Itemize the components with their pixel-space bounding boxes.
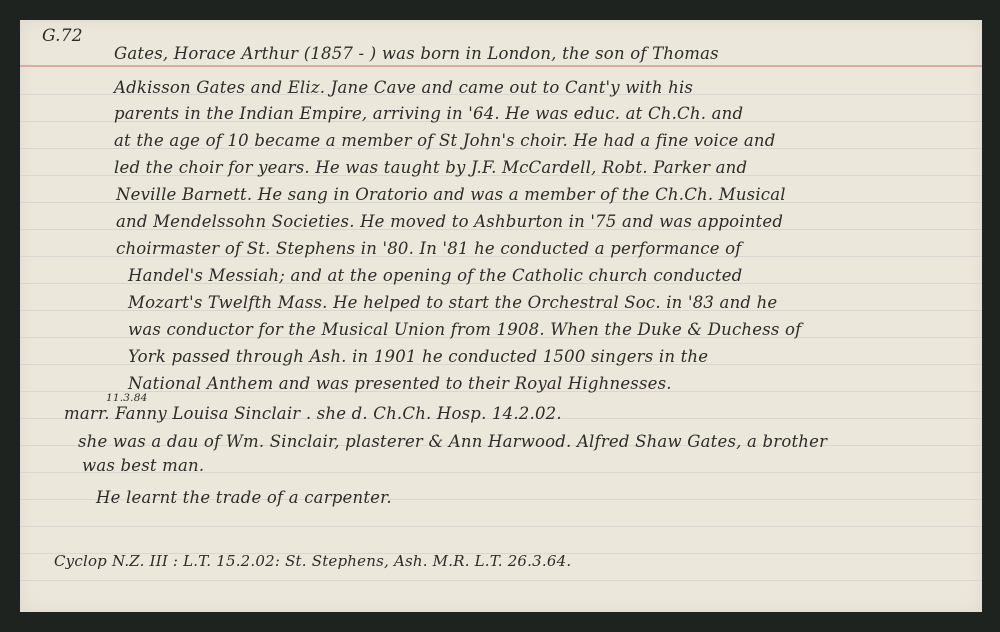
ruled-line: [20, 580, 982, 581]
best-man-line: was best man.: [82, 456, 204, 475]
entry-line-7: and Mendelssohn Societies. He moved to A…: [116, 212, 783, 231]
entry-line-10: Mozart's Twelfth Mass. He helped to star…: [128, 293, 777, 312]
entry-line-1: Gates, Horace Arthur (1857 - ) was born …: [114, 44, 719, 63]
entry-line-6: Neville Barnett. He sang in Oratorio and…: [116, 185, 786, 204]
entry-line-12: York passed through Ash. in 1901 he cond…: [128, 347, 708, 366]
card-reference: G.72: [42, 26, 83, 46]
wife-parents-line: she was a dau of Wm. Sinclair, plasterer…: [78, 432, 827, 451]
entry-line-3: parents in the Indian Empire, arriving i…: [114, 104, 743, 123]
trade-line: He learnt the trade of a carpenter.: [96, 488, 392, 507]
entry-line-11: was conductor for the Musical Union from…: [128, 320, 801, 339]
marriage-date: 11.3.84: [106, 392, 147, 404]
entry-line-8: choirmaster of St. Stephens in '80. In '…: [116, 239, 742, 258]
entry-line-4: at the age of 10 became a member of St J…: [114, 131, 776, 150]
entry-line-5: led the choir for years. He was taught b…: [114, 158, 747, 177]
entry-line-2: Adkisson Gates and Eliz. Jane Cave and c…: [114, 78, 693, 97]
ruled-line: [20, 526, 982, 527]
red-margin-rule: [20, 65, 982, 67]
sources-line: Cyclop N.Z. III : L.T. 15.2.02: St. Step…: [54, 552, 571, 570]
entry-line-9: Handel's Messiah; and at the opening of …: [128, 266, 742, 285]
entry-line-13: National Anthem and was presented to the…: [128, 374, 672, 393]
marriage-line: marr. Fanny Louisa Sinclair . she d. Ch.…: [64, 404, 562, 423]
index-card: G.72 Gates, Horace Arthur (1857 - ) was …: [20, 20, 982, 612]
